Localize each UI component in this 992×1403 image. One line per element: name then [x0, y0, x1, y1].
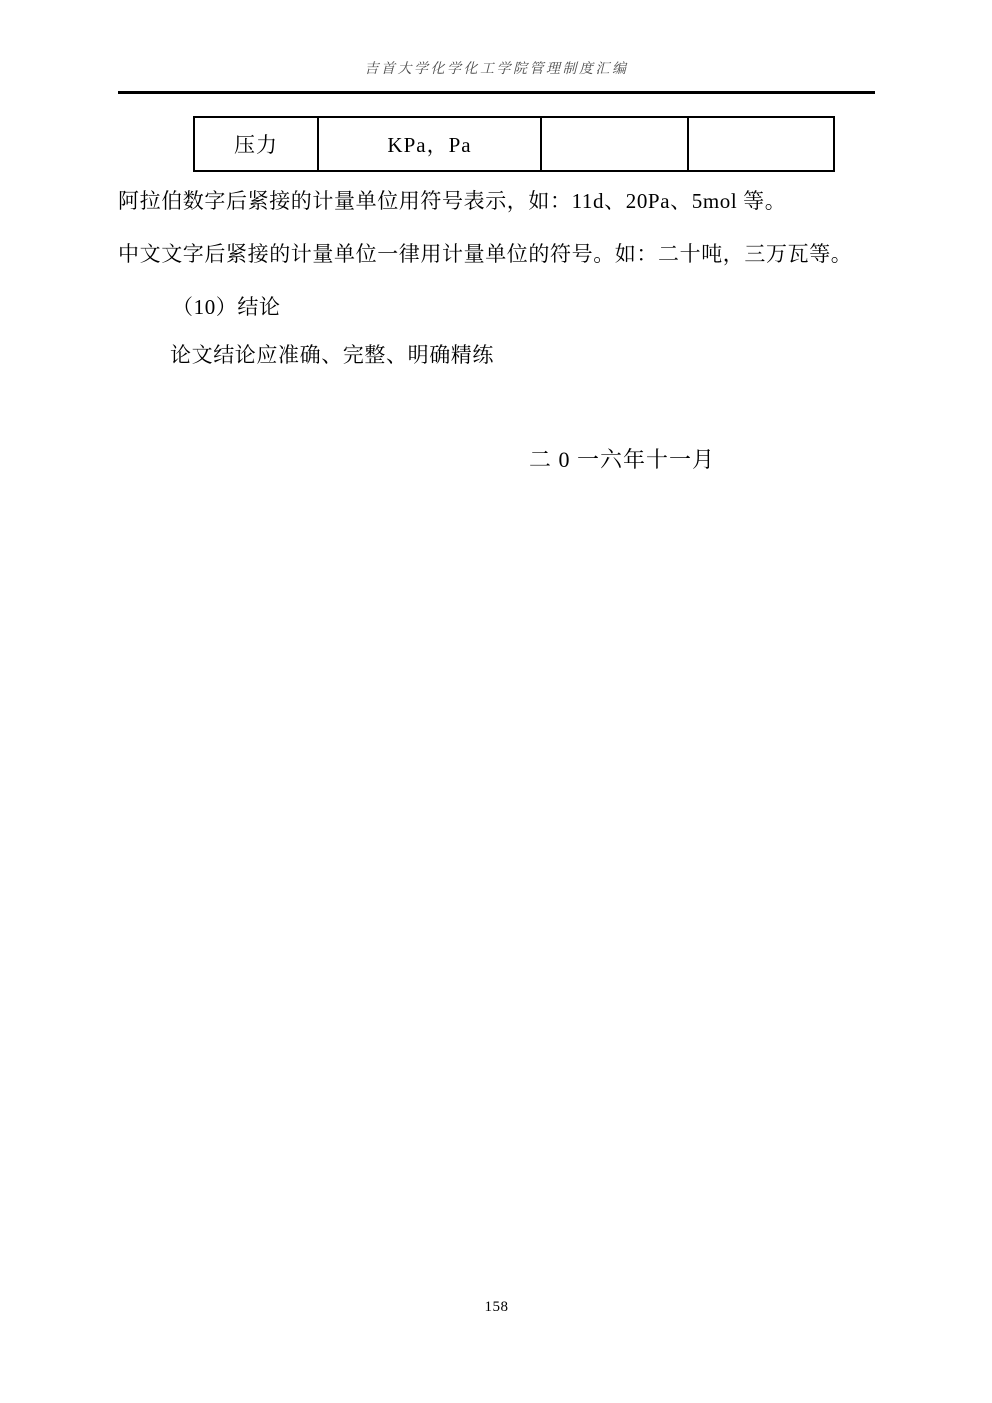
header-title: 吉首大学化学化工学院管理制度汇编 [365, 58, 629, 78]
header-rule [118, 91, 875, 94]
page-number: 158 [485, 1299, 509, 1316]
document-date: 二 0 一六年十一月 [529, 443, 715, 474]
paragraph-chinese-text-rule: 中文文字后紧接的计量单位一律用计量单位的符号。如：二十吨，三万瓦等。 [118, 238, 852, 268]
page-footer: 158 [118, 1298, 875, 1316]
measurement-unit-table: 压力 KPa，Pa [193, 116, 835, 172]
conclusion-requirement-text: 论文结论应准确、完整、明确精练 [170, 339, 494, 369]
table-cell-quantity: 压力 [195, 118, 319, 170]
section-heading-conclusion: （10）结论 [172, 291, 281, 321]
table-cell-unit-symbol: KPa，Pa [319, 118, 542, 170]
page-header: 吉首大学化学化工学院管理制度汇编 [118, 58, 875, 78]
table-cell-empty-1 [542, 118, 689, 170]
document-page: 吉首大学化学化工学院管理制度汇编 压力 KPa，Pa 阿拉伯数字后紧接的计量单位… [0, 0, 992, 1403]
paragraph-arabic-numerals-rule: 阿拉伯数字后紧接的计量单位用符号表示，如：11d、20Pa、5mol 等。 [118, 185, 786, 215]
table-cell-empty-2 [689, 118, 833, 170]
